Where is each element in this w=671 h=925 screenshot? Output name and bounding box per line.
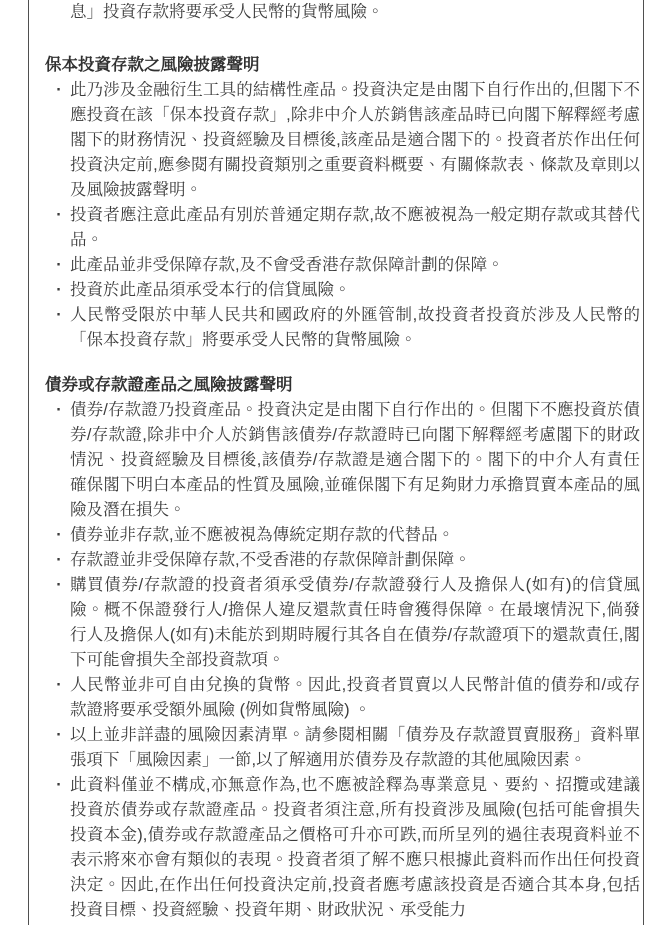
carryover-paragraph-line: 息」投資存款將要承受人民幣的貨幣風險。 bbox=[45, 0, 640, 25]
risk-bullet-item: ·存款證並非受保障存款,不受香港的存款保障計劃保障。 bbox=[45, 548, 640, 573]
risk-bullet-item: ·債券/存款證乃投資產品。投資決定是由閣下自行作出的。但閣下不應投資於債券/存款… bbox=[45, 398, 640, 523]
bullet-text: 人民幣受限於中華人民共和國政府的外匯管制,故投資者投資於涉及人民幣的「保本投資存… bbox=[70, 306, 640, 349]
risk-bullet-item: ·人民幣並非可自由兌換的貨幣。因此,投資者買賣以人民幣計值的債券和/或存款證將要… bbox=[45, 673, 640, 723]
risk-bullet-item: ·人民幣受限於中華人民共和國政府的外匯管制,故投資者投資於涉及人民幣的「保本投資… bbox=[45, 303, 640, 353]
bullet-text: 購買債券/存款證的投資者須承受債券/存款證發行人及擔保人(如有)的信貸風險。概不… bbox=[70, 576, 640, 669]
bullet-icon: · bbox=[52, 523, 66, 548]
risk-bullet-item: ·此資料僅並不構成,亦無意作為,也不應被詮釋為專業意見、要約、招攬或建議投資於債… bbox=[45, 773, 640, 923]
section-heading-bond-cd: 債券或存款證產品之風險披露聲明 bbox=[45, 373, 640, 398]
bullet-icon: · bbox=[52, 398, 66, 423]
bullet-icon: · bbox=[52, 723, 66, 748]
bullet-icon: · bbox=[52, 278, 66, 303]
bullet-text: 此產品並非受保障存款,及不會受香港存款保障計劃的保障。 bbox=[70, 256, 504, 274]
risk-bullet-item: ·此產品並非受保障存款,及不會受香港存款保障計劃的保障。 bbox=[45, 253, 640, 278]
section-bond-cd-risk: 債券或存款證產品之風險披露聲明 ·債券/存款證乃投資產品。投資決定是由閣下自行作… bbox=[45, 373, 640, 923]
bullet-text: 此資料僅並不構成,亦無意作為,也不應被詮釋為專業意見、要約、招攬或建議投資於債券… bbox=[70, 776, 640, 919]
risk-bullet-item: ·投資者應注意此產品有別於普通定期存款,故不應被視為一般定期存款或其替代品。 bbox=[45, 203, 640, 253]
risk-bullet-item: ·債券並非存款,並不應被視為傳統定期存款的代替品。 bbox=[45, 523, 640, 548]
bullet-text: 以上並非詳盡的風險因素清單。請參閱相關「債券及存款證買賣服務」資料單張項下「風險… bbox=[70, 726, 640, 769]
document-page: 息」投資存款將要承受人民幣的貨幣風險。 保本投資存款之風險披露聲明 ·此乃涉及金… bbox=[28, 0, 644, 925]
bullet-text: 債券/存款證乃投資產品。投資決定是由閣下自行作出的。但閣下不應投資於債券/存款證… bbox=[70, 401, 640, 519]
bullet-icon: · bbox=[52, 673, 66, 698]
bullet-text: 人民幣並非可自由兌換的貨幣。因此,投資者買賣以人民幣計值的債券和/或存款證將要承… bbox=[70, 676, 640, 719]
bullet-icon: · bbox=[52, 573, 66, 598]
risk-bullet-item: ·購買債券/存款證的投資者須承受債券/存款證發行人及擔保人(如有)的信貸風險。概… bbox=[45, 573, 640, 673]
bullet-icon: · bbox=[52, 773, 66, 798]
section-guaranteed-deposit-risk: 保本投資存款之風險披露聲明 ·此乃涉及金融衍生工具的結構性產品。投資決定是由閣下… bbox=[45, 53, 640, 353]
bullet-text: 存款證並非受保障存款,不受香港的存款保障計劃保障。 bbox=[70, 551, 471, 569]
risk-bullet-list-guaranteed-deposit: ·此乃涉及金融衍生工具的結構性產品。投資決定是由閣下自行作出的,但閣下不應投資在… bbox=[45, 78, 640, 353]
bullet-icon: · bbox=[52, 253, 66, 278]
bullet-icon: · bbox=[52, 203, 66, 228]
bullet-text: 債券並非存款,並不應被視為傳統定期存款的代替品。 bbox=[70, 526, 454, 544]
bullet-text: 投資者應注意此產品有別於普通定期存款,故不應被視為一般定期存款或其替代品。 bbox=[70, 206, 640, 249]
risk-bullet-item: ·此乃涉及金融衍生工具的結構性產品。投資決定是由閣下自行作出的,但閣下不應投資在… bbox=[45, 78, 640, 203]
risk-bullet-list-bond-cd: ·債券/存款證乃投資產品。投資決定是由閣下自行作出的。但閣下不應投資於債券/存款… bbox=[45, 398, 640, 923]
bullet-text: 投資於此產品須承受本行的信貸風險。 bbox=[70, 281, 351, 299]
bullet-icon: · bbox=[52, 303, 66, 328]
bullet-icon: · bbox=[52, 78, 66, 103]
bullet-icon: · bbox=[52, 548, 66, 573]
section-heading-guaranteed-deposit: 保本投資存款之風險披露聲明 bbox=[45, 53, 640, 78]
bullet-text: 此乃涉及金融衍生工具的結構性產品。投資決定是由閣下自行作出的,但閣下不應投資在該… bbox=[70, 81, 640, 199]
risk-bullet-item: ·投資於此產品須承受本行的信貸風險。 bbox=[45, 278, 640, 303]
risk-bullet-item: ·以上並非詳盡的風險因素清單。請參閱相關「債券及存款證買賣服務」資料單張項下「風… bbox=[45, 723, 640, 773]
